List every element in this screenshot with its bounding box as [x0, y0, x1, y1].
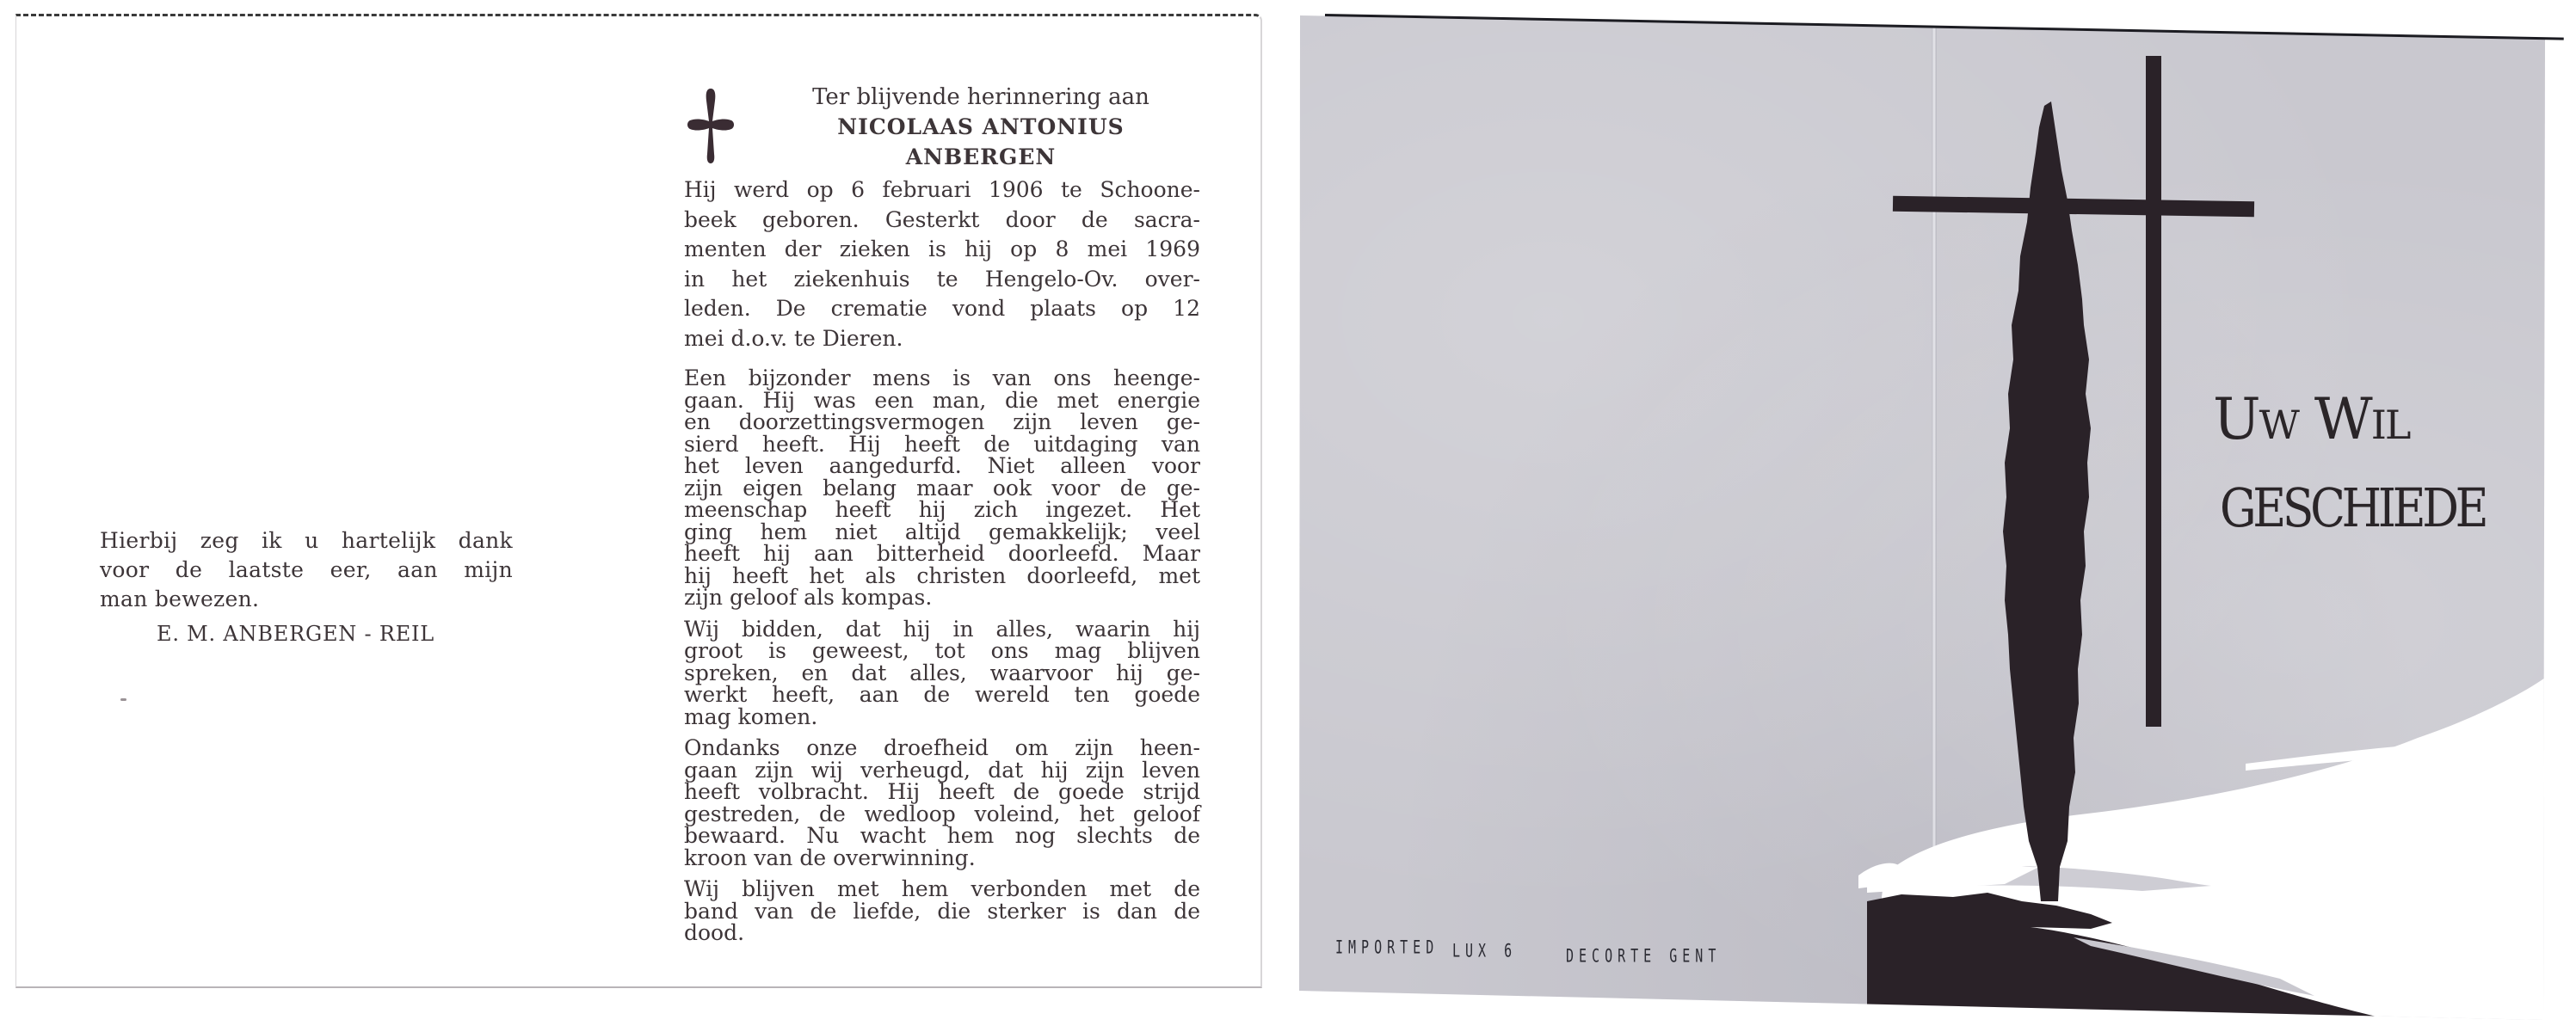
obituary-line: bewaard. Nu wacht hem nog slechts de [684, 825, 1200, 847]
obituary-line: heeft volbracht. Hij heeft de goede stri… [684, 781, 1200, 803]
obituary-line: gaan zijn wij verheugd, dat hij zijn lev… [684, 759, 1200, 782]
obituary-line: werkt heeft, aan de wereld ten goede [684, 684, 1200, 706]
cover-title-line-1: Uw Wil [2213, 391, 2409, 448]
obituary-text: Hij werd op 6 februari 1906 te Schoone-b… [684, 175, 1200, 954]
obituary-line: hij heeft het als christen doorleefd, me… [684, 565, 1200, 587]
obituary-line: dood. [684, 922, 1200, 944]
obituary-paragraph: Een bijzonder mens is van ons heenge-gaa… [684, 367, 1200, 609]
obituary-line: kroon van de overwinning. [684, 847, 1200, 869]
intro-line: Ter blijvende herinnering aan [766, 83, 1196, 112]
obituary-line: gestreden, de wedloop voleind, het geloo… [684, 803, 1200, 826]
cross-horizontal [1893, 196, 2254, 218]
obituary-line: Wij bidden, dat hij in alles, waarin hij [684, 618, 1200, 641]
ink-speck [120, 698, 126, 701]
name-line-1: NICOLAAS ANTONIUS [766, 112, 1196, 142]
obituary-line: ging hem niet altijd gemakkelijk; veel [684, 521, 1200, 544]
obituary-line: zijn eigen belang maar ook voor de ge- [684, 477, 1200, 500]
obituary-line: heeft hij aan bitterheid doorleefd. Maar [684, 543, 1200, 565]
obituary-line: het leven aangedurfd. Niet alleen voor [684, 455, 1200, 477]
obituary-line: Wij blijven met hem verbonden met de [684, 878, 1200, 900]
thanks-line: man bewezen. [100, 585, 513, 614]
obituary-paragraph: Wij bidden, dat hij in alles, waarin hij… [684, 618, 1200, 728]
thanks-line: Hierbij zeg ik u hartelijk dank [100, 526, 513, 556]
obituary-line: en doorzettingsvermogen zijn leven ge- [684, 411, 1200, 433]
obituary-paragraph: Wij blijven met hem verbonden met deband… [684, 878, 1200, 944]
cypress-tree-icon [2003, 101, 2091, 901]
cover-title-line-2: GESCHIEDE [2220, 482, 2485, 535]
thanks-line: voor de laatste eer, aan mijn [100, 556, 513, 585]
obituary-line: Ondanks onze droefheid om zijn heen- [684, 737, 1200, 759]
obituary-line: gaan. Hij was een man, die met energie [684, 390, 1200, 412]
obituary-paragraph: Hij werd op 6 februari 1906 te Schoone-b… [684, 175, 1200, 353]
latin-cross-icon [687, 87, 735, 164]
obituary-line: Hij werd op 6 februari 1906 te Schoone- [684, 175, 1200, 206]
imprint-lux: LUX 6 [1452, 939, 1517, 961]
name-line-2: ANBERGEN [766, 142, 1196, 172]
obituary-line: meenschap heeft hij zich ingezet. Het [684, 499, 1200, 521]
obituary-line: zijn geloof als kompas. [684, 587, 1200, 609]
cross-vertical [2146, 56, 2161, 727]
obituary-line: beek geboren. Gesterkt door de sacra- [684, 206, 1200, 236]
obituary-line: mag komen. [684, 706, 1200, 728]
obituary-line: Een bijzonder mens is van ons heenge- [684, 367, 1200, 390]
obituary-line: groot is geweest, tot ons mag blijven [684, 640, 1200, 662]
obituary-line: leden. De crematie vond plaats op 12 [684, 294, 1200, 324]
signature: E. M. ANBERGEN - REIL [157, 619, 518, 648]
imprint-imported: IMPORTED [1335, 936, 1439, 958]
obituary-line: in het ziekenhuis te Hengelo-Ov. over- [684, 265, 1200, 295]
obituary-paragraph: Ondanks onze droefheid om zijn heen-gaan… [684, 737, 1200, 869]
obituary-line: menten der zieken is hij op 8 mei 1969 [684, 235, 1200, 265]
obituary-line: sierd heeft. Hij heeft de uitdaging van [684, 433, 1200, 456]
obituary-line: mei d.o.v. te Dieren. [684, 324, 1200, 354]
obituary-line: band van de liefde, die sterker is dan d… [684, 900, 1200, 923]
obituary-line: spreken, en dat alles, waarvoor hij ge- [684, 662, 1200, 685]
deceased-name: NICOLAAS ANTONIUS ANBERGEN [766, 112, 1196, 172]
imprint-publisher: DECORTE GENT [1566, 944, 1721, 967]
thanks-note: Hierbij zeg ik u hartelijk dank voor de … [100, 526, 513, 614]
